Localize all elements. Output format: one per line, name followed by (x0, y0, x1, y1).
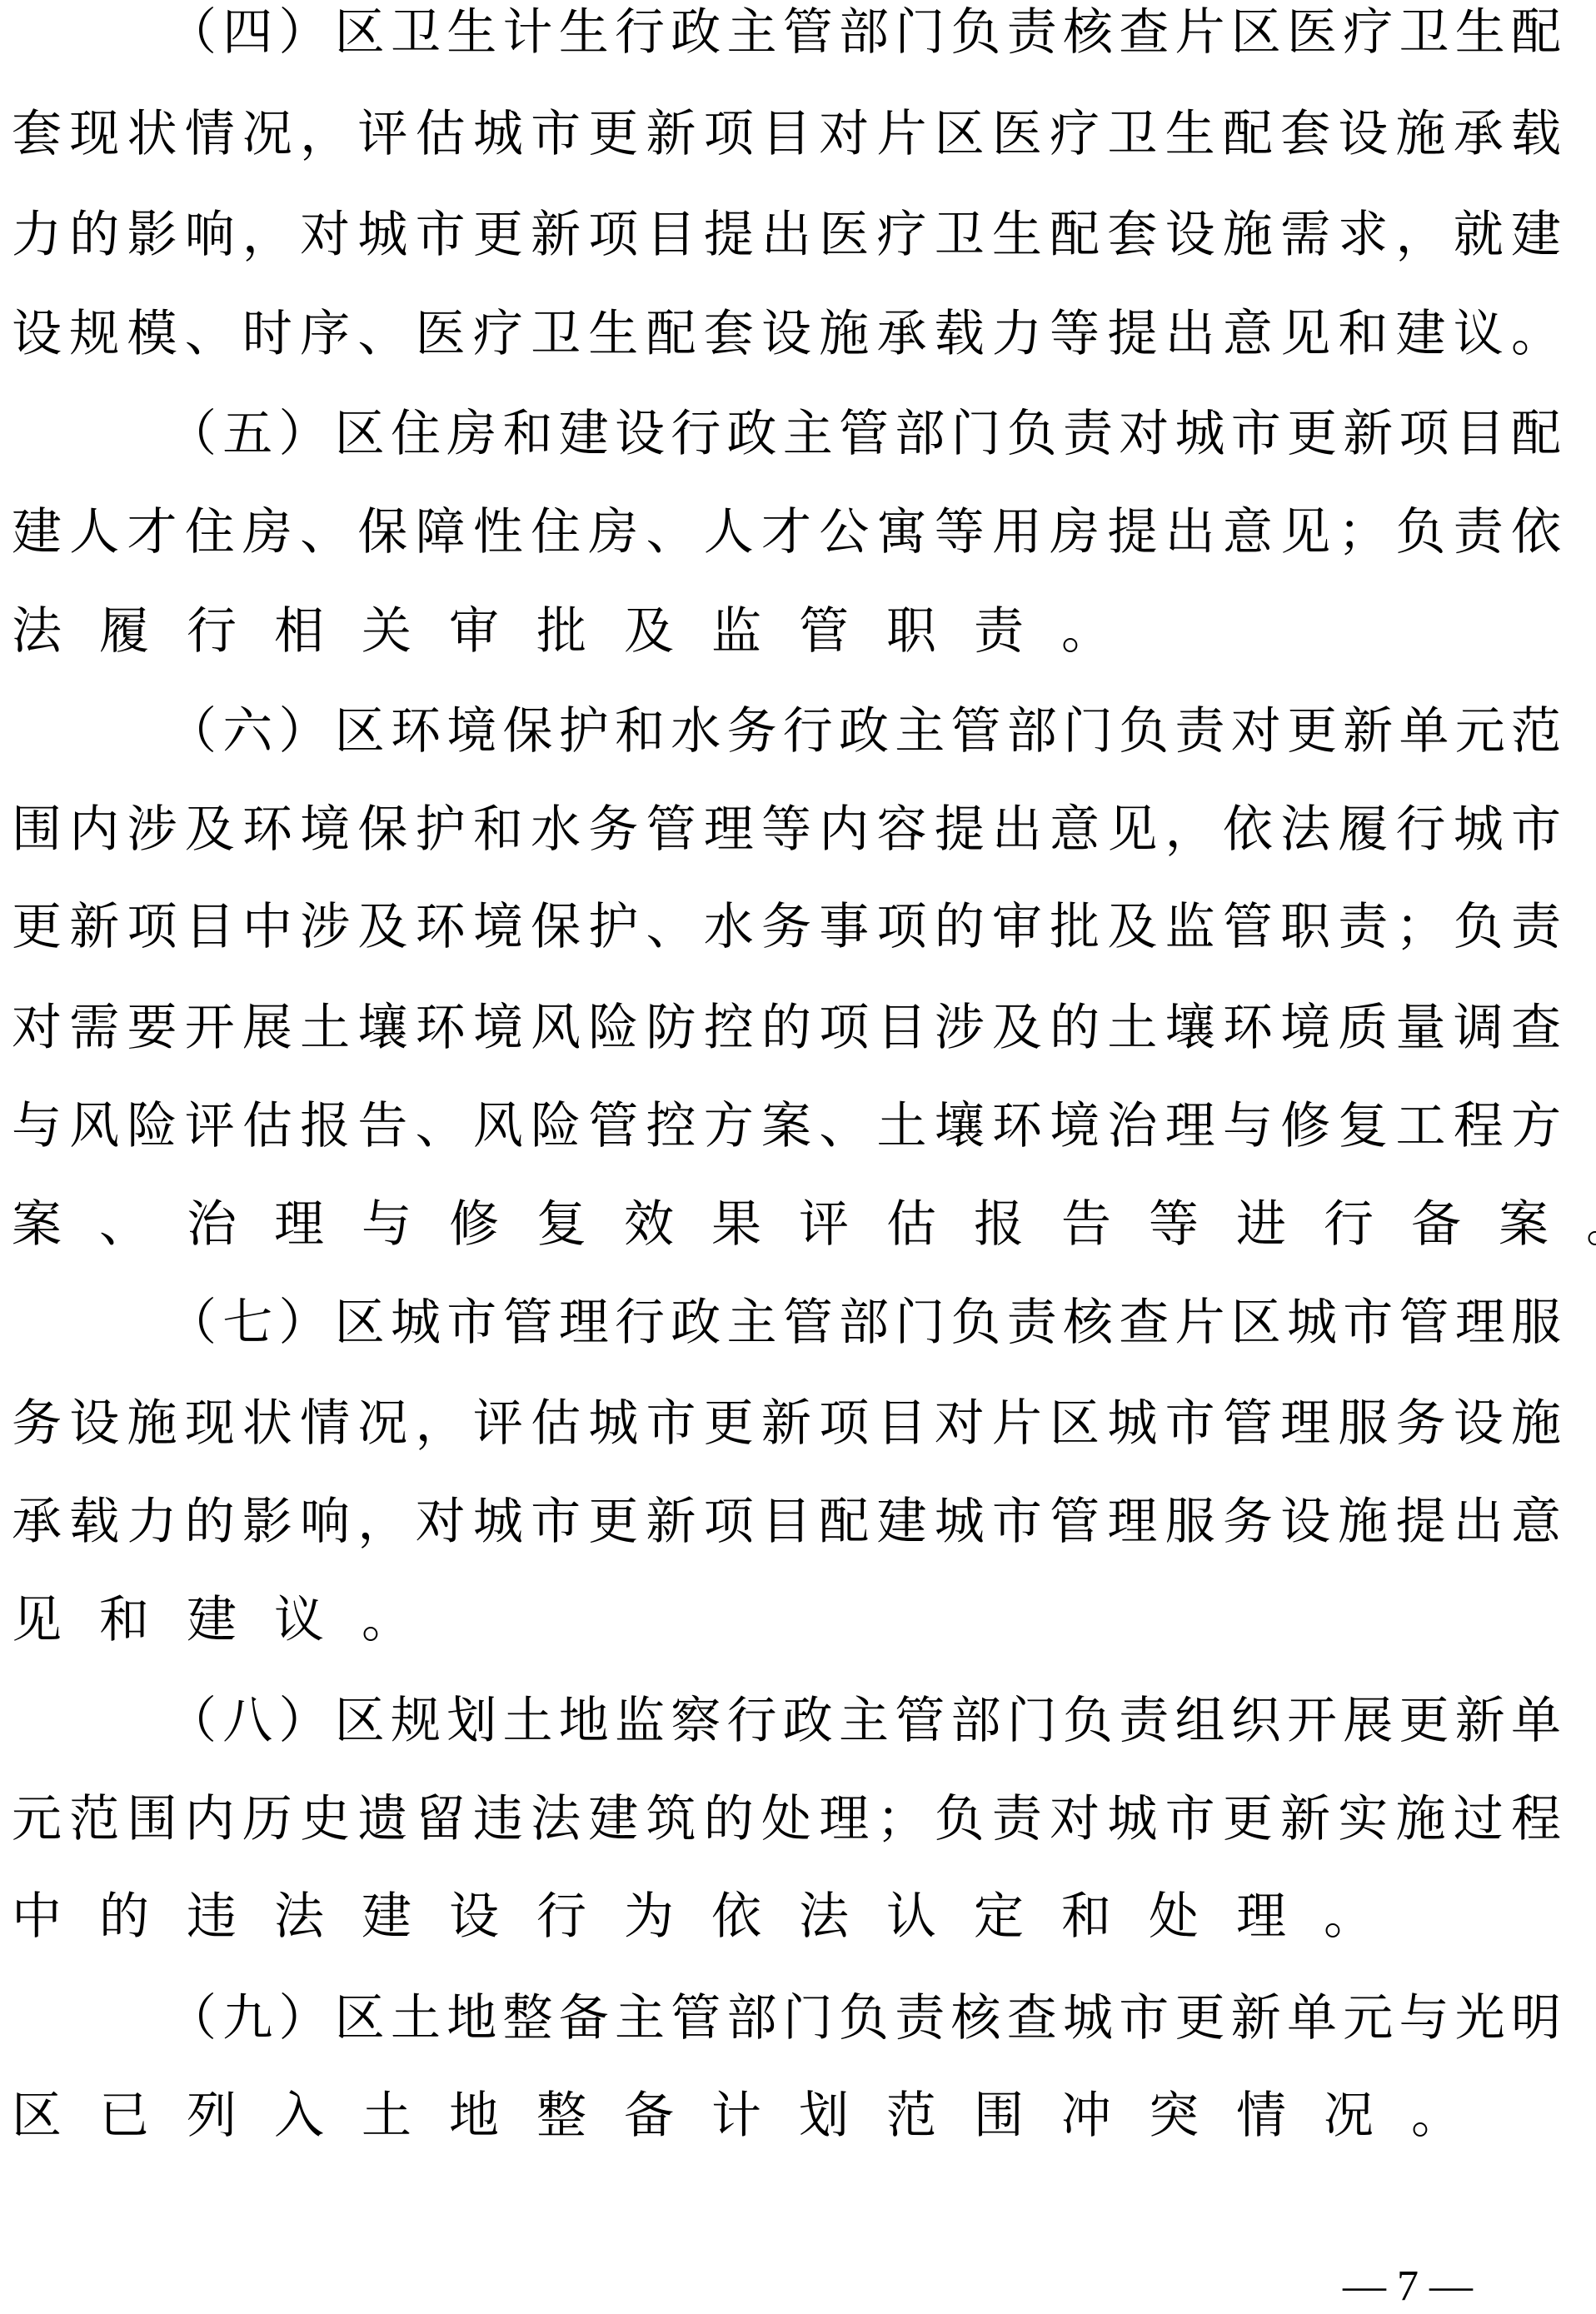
text-line: 更新项目中涉及环境保护、水务事项的审批及监管职责；负责 (12, 878, 1561, 976)
text-line: 设规模、时序、医疗卫生配套设施承载力等提出意见和建议。 (12, 285, 1561, 383)
text-line: （六）区环境保护和水务行政主管部门负责对更新单元范 (167, 682, 1561, 780)
document-page: （四）区卫生计生行政主管部门负责核查片区医疗卫生配 套现状情况，评估城市更新项目… (0, 0, 1596, 2314)
text-line: 中的违法建设行为依法认定和处理。 (12, 1868, 1561, 1966)
text-line: 力的影响，对城市更新项目提出医疗卫生配套设施需求，就建 (12, 186, 1561, 284)
text-line: 法履行相关审批及监管职责。 (12, 582, 1561, 681)
text-line: 与风险评估报告、风险管控方案、土壤环境治理与修复工程方 (12, 1077, 1561, 1175)
page-number: — 7 — (1324, 2257, 1491, 2314)
text-line: （四）区卫生计生行政主管部门负责核查片区医疗卫生配 (167, 0, 1561, 82)
text-line: 区已列入土地整备计划范围冲突情况。 (12, 2067, 1561, 2165)
text-line: 案、治理与修复效果评估报告等进行备案。 (12, 1175, 1561, 1274)
text-line: 务设施现状情况，评估城市更新项目对片区城市管理服务设施 (12, 1374, 1561, 1473)
text-line: 套现状情况，评估城市更新项目对片区医疗卫生配套设施承载 (12, 85, 1561, 183)
text-line: 对需要开展土壤环境风险防控的项目涉及的土壤环境质量调查 (12, 979, 1561, 1077)
text-line: （九）区土地整备主管部门负责核查城市更新单元与光明 (167, 1969, 1561, 2067)
text-line: （七）区城市管理行政主管部门负责核查片区城市管理服 (167, 1274, 1561, 1372)
text-line: （五）区住房和建设行政主管部门负责对城市更新项目配 (167, 385, 1561, 483)
text-line: 元范围内历史遗留违法建筑的处理；负责对城市更新实施过程 (12, 1770, 1561, 1868)
text-line: 承载力的影响，对城市更新项目配建城市管理服务设施提出意 (12, 1473, 1561, 1571)
text-line: 见和建议。 (12, 1571, 1561, 1669)
text-line: 建人才住房、保障性住房、人才公寓等用房提出意见；负责依 (12, 483, 1561, 581)
text-line: （八）区规划土地监察行政主管部门负责组织开展更新单 (167, 1672, 1561, 1770)
text-line: 围内涉及环境保护和水务管理等内容提出意见，依法履行城市 (12, 780, 1561, 879)
